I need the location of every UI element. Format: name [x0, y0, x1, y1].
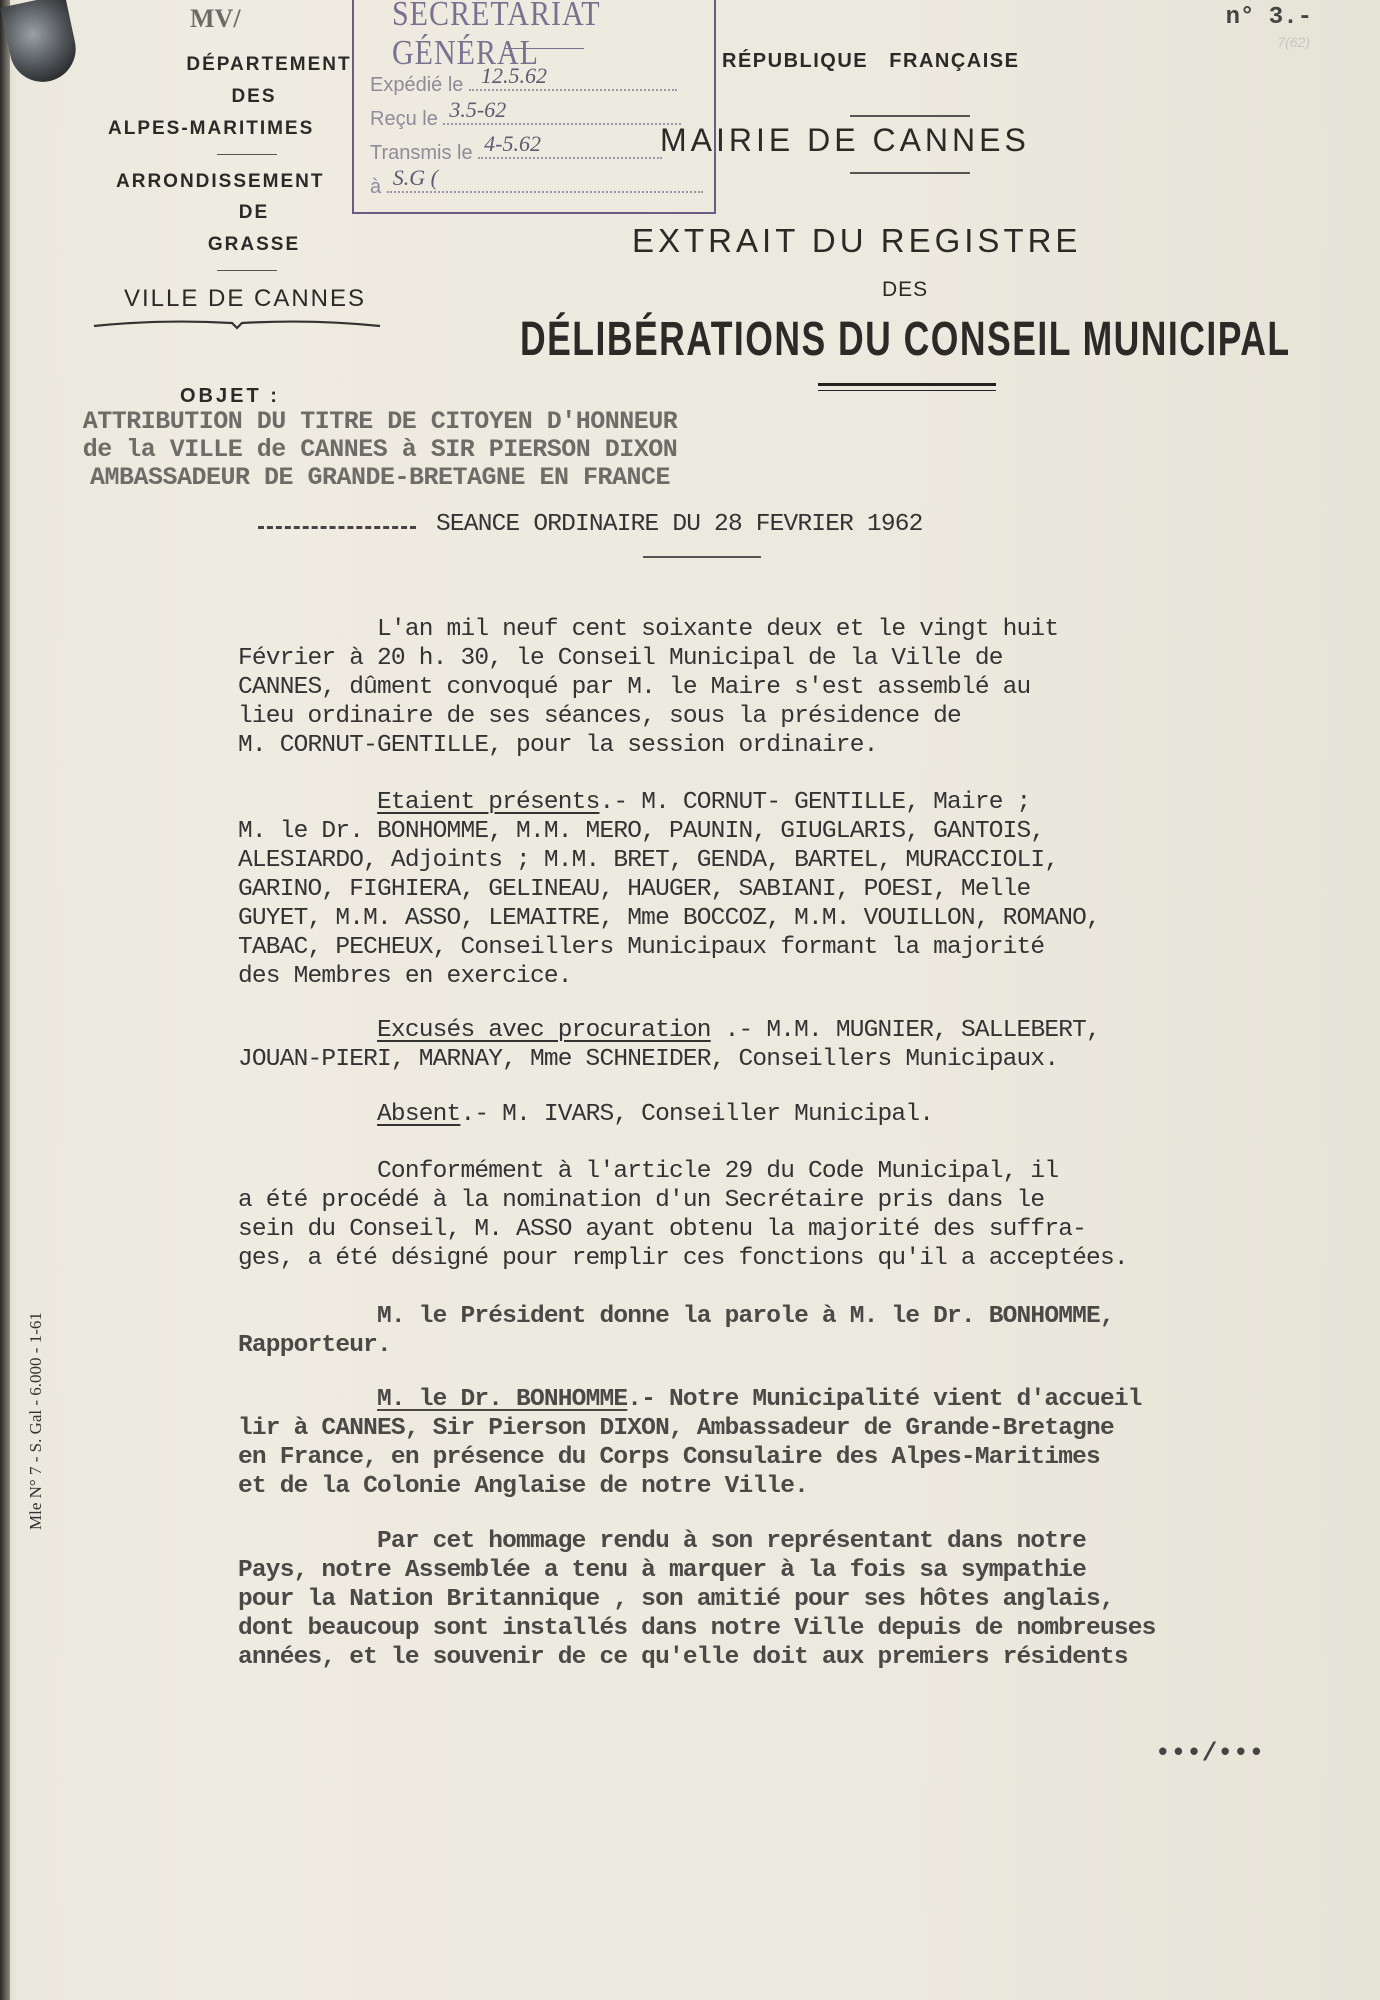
paragraph-absent: Absent.- M. IVARS, Conseiller Municipal. [238, 1100, 933, 1129]
text-line: Février à 20 h. 30, le Conseil Municipal… [238, 644, 1058, 673]
deliberations-title: DÉLIBÉRATIONS DU CONSEIL MUNICIPAL [520, 312, 1291, 367]
continuation-mark: •••/••• [1155, 1738, 1264, 1768]
separator [850, 115, 970, 117]
document-page: MV/ SECRÉTARIAT GÉNÉRAL Expédié le 12.5.… [0, 0, 1380, 2000]
grasse: GRASSE [88, 235, 420, 254]
objet-line-3: AMBASSADEUR DE GRANDE-BRETAGNE EN FRANCE [20, 464, 740, 492]
paragraph-president: M. le Président donne la parole à M. le … [238, 1302, 1114, 1360]
text-line: M. le Dr. BONHOMME.- Notre Municipalité … [238, 1385, 1142, 1414]
paragraph-excuses: Excusés avec procuration .- M.M. MUGNIER… [238, 1016, 1100, 1074]
text-line: ges, a été désigné pour remplir ces fonc… [238, 1244, 1128, 1273]
swash-ornament-icon [92, 317, 382, 331]
transmis-date: 4-5.62 [484, 131, 541, 157]
excuses-label: Excusés avec procuration [377, 1017, 711, 1044]
text-fragment: .- M.M. MUGNIER, SALLEBERT, [711, 1017, 1100, 1044]
left-header: DÉPARTEMENT DES ALPES-MARITIMES ARRONDIS… [80, 55, 420, 331]
objet-label: OBJET : [180, 385, 280, 408]
presents-label: Etaient présents [377, 789, 599, 816]
paper-clip-icon [0, 0, 82, 88]
objet-line-1: ATTRIBUTION DU TITRE DE CITOYEN D'HONNEU… [20, 408, 740, 436]
text-line: JOUAN-PIERI, MARNAY, Mme SCHNEIDER, Cons… [238, 1045, 1100, 1074]
text-line: Absent.- M. IVARS, Conseiller Municipal. [238, 1100, 933, 1129]
ville-de-cannes: VILLE DE CANNES [70, 285, 420, 313]
stamp-rule [504, 48, 584, 49]
text-line: GUYET, M.M. ASSO, LEMAITRE, Mme BOCCOZ, … [238, 904, 1100, 933]
paragraph-rapport: M. le Dr. BONHOMME.- Notre Municipalité … [238, 1385, 1142, 1501]
paragraph-presents: Etaient présents.- M. CORNUT- GENTILLE, … [238, 788, 1100, 991]
stamp-title: SECRÉTARIAT GÉNÉRAL [392, 0, 714, 73]
text-line: Excusés avec procuration .- M.M. MUGNIER… [238, 1016, 1100, 1045]
text-line: a été procédé à la nomination d'un Secré… [238, 1186, 1128, 1215]
text-line: M. CORNUT-GENTILLE, pour la session ordi… [238, 731, 1058, 760]
text-line: Pays, notre Assemblée a tenu à marquer à… [238, 1556, 1156, 1585]
text-line: GARINO, FIGHIERA, GELINEAU, HAUGER, SABI… [238, 875, 1100, 904]
seance-heading: SEANCE ORDINAIRE DU 28 FEVRIER 1962 [436, 511, 923, 538]
text-line: L'an mil neuf cent soixante deux et le v… [238, 615, 1058, 644]
document-number: n° 3.- [1226, 4, 1312, 31]
extrait-du-registre: EXTRAIT DU REGISTRE [632, 222, 1081, 260]
text-line: CANNES, dûment convoqué par M. le Maire … [238, 673, 1058, 702]
text-line: Rapporteur. [238, 1331, 1114, 1360]
title-double-rule [818, 383, 996, 391]
text-fragment: .- M. IVARS, Conseiller Municipal. [460, 1101, 933, 1128]
text-line: TABAC, PECHEUX, Conseillers Municipaux f… [238, 933, 1100, 962]
text-line: M. le Dr. BONHOMME, M.M. MERO, PAUNIN, G… [238, 817, 1100, 846]
paragraph-secretaire: Conformément à l'article 29 du Code Muni… [238, 1157, 1128, 1273]
text-line: ALESIARDO, Adjoints ; M.M. BRET, GENDA, … [238, 846, 1100, 875]
paragraph-opening: L'an mil neuf cent soixante deux et le v… [238, 615, 1058, 760]
seance-underline [643, 556, 761, 558]
de: DE [88, 203, 420, 222]
separator [217, 270, 277, 271]
recu-date: 3.5-62 [449, 97, 506, 123]
text-line: lieu ordinaire de ses séances, sous la p… [238, 702, 1058, 731]
text-line: M. le Président donne la parole à M. le … [238, 1302, 1114, 1331]
text-line: dont beaucoup sont installés dans notre … [238, 1614, 1156, 1643]
absent-label: Absent [377, 1101, 460, 1128]
expedie-date: 12.5.62 [481, 63, 547, 89]
text-line: Par cet hommage rendu à son représentant… [238, 1527, 1156, 1556]
paragraph-hommage: Par cet hommage rendu à son représentant… [238, 1527, 1156, 1672]
text-line: Etaient présents.- M. CORNUT- GENTILLE, … [238, 788, 1100, 817]
alpes-maritimes: ALPES-MARITIMES [108, 119, 420, 138]
rapporteur-label: M. le Dr. BONHOMME [377, 1386, 627, 1413]
document-number-note: 7(62) [1277, 34, 1310, 50]
arrondissement: ARRONDISSEMENT [116, 172, 420, 191]
des-heading: DES [882, 278, 928, 302]
reference-initials: MV/ [190, 4, 241, 34]
text-line: pour la Nation Britannique , son amitié … [238, 1585, 1156, 1614]
objet-text: ATTRIBUTION DU TITRE DE CITOYEN D'HONNEU… [20, 408, 740, 492]
text-line: des Membres en exercice. [238, 962, 1100, 991]
objet-line-2: de la VILLE de CANNES à SIR PIERSON DIXO… [20, 436, 740, 464]
side-print-reference: Mle N° 7 - S. Gal - 6.000 - 1-61 [26, 1312, 46, 1530]
text-line: années, et le souvenir de ce qu'elle doi… [238, 1643, 1156, 1672]
departement: DÉPARTEMENT [118, 55, 420, 74]
separator [850, 172, 970, 174]
text-fragment: .- M. CORNUT- GENTILLE, Maire ; [599, 789, 1030, 816]
text-line: sein du Conseil, M. ASSO ayant obtenu la… [238, 1215, 1128, 1244]
text-line: et de la Colonie Anglaise de notre Ville… [238, 1472, 1142, 1501]
text-line: en France, en présence du Corps Consulai… [238, 1443, 1142, 1472]
separator [217, 154, 277, 155]
des: DES [88, 87, 420, 106]
republique-francaise: RÉPUBLIQUE FRANÇAISE [722, 50, 1019, 73]
mairie-de-cannes: MAIRIE DE CANNES [660, 122, 1030, 159]
dash-rule [258, 526, 416, 529]
text-fragment: .- Notre Municipalité vient d'accueil [627, 1386, 1141, 1413]
text-line: lir à CANNES, Sir Pierson DIXON, Ambassa… [238, 1414, 1142, 1443]
text-line: Conformément à l'article 29 du Code Muni… [238, 1157, 1128, 1186]
